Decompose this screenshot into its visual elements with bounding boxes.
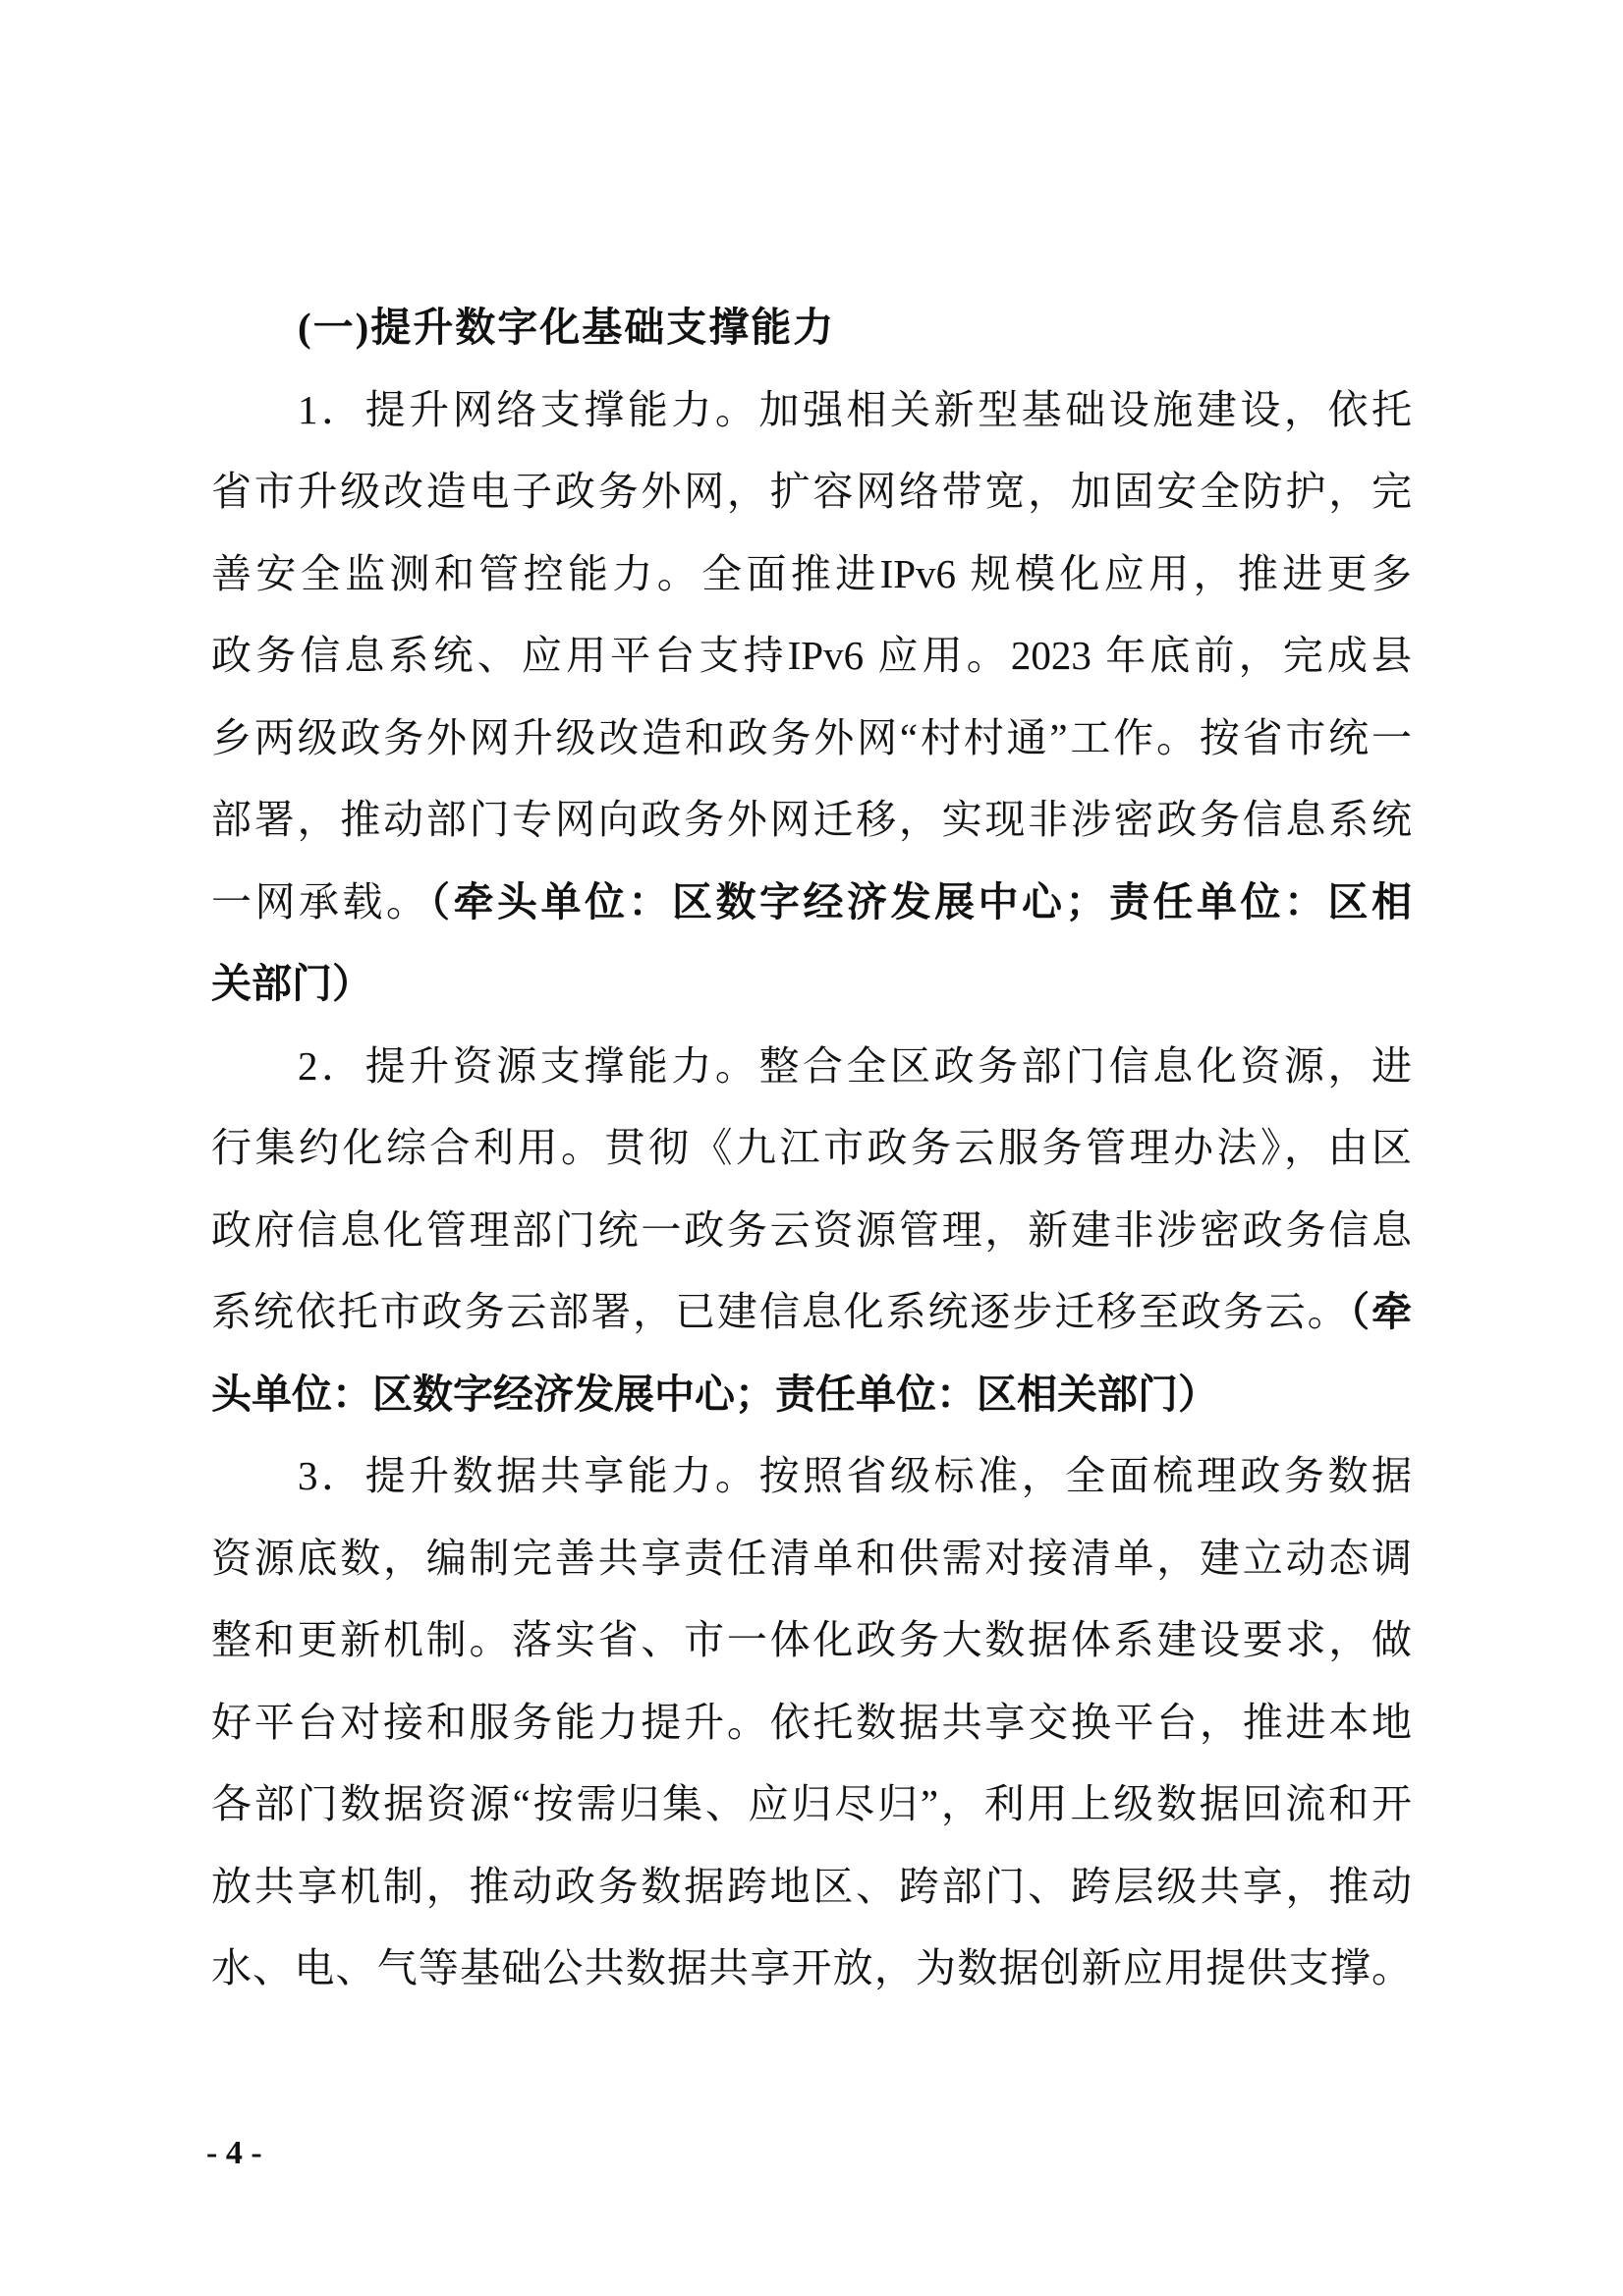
paragraph-line: 省市升级改造电子政务外网，扩容网络带宽，加固安全防护，完 xyxy=(211,451,1412,533)
responsibility-note: （牵头单位：区数字经济发展中心；责任单位：区相 xyxy=(430,879,1413,924)
paragraph-line: 2．提升资源支撑能力。整合全区政务部门信息化资源，进 xyxy=(211,1026,1412,1108)
body-text: 各部门数据资源“按需归集、应归尽归”，利用上级数据回流和开 xyxy=(211,1781,1412,1826)
responsibility-note: 头单位：区数字经济发展中心；责任单位：区相关部门） xyxy=(211,1372,1218,1417)
paragraph-line: 各部门数据资源“按需归集、应归尽归”，利用上级数据回流和开 xyxy=(211,1764,1412,1846)
body-text: 放共享机制，推动政务数据跨地区、跨部门、跨层级共享，推动 xyxy=(211,1864,1412,1909)
body-text: 资源底数，编制完善共享责任清单和供需对接清单，建立动态调 xyxy=(211,1536,1412,1581)
body-text: 行集约化综合利用。贯彻《九江市政务云服务管理办法》，由区 xyxy=(211,1125,1412,1170)
paragraph-line: 好平台对接和服务能力提升。依托数据共享交换平台，推进本地 xyxy=(211,1682,1412,1764)
body-text: 1．提升网络支撑能力。加强相关新型基础设施建设，依托 xyxy=(298,387,1412,432)
body-text: 部署，推动部门专网向政务外网迁移，实现非涉密政务信息系统 xyxy=(211,797,1412,842)
paragraph-line: 整和更新机制。落实省、市一体化政务大数据体系建设要求，做 xyxy=(211,1599,1412,1682)
paragraph-line: 部署，推动部门专网向政务外网迁移，实现非涉密政务信息系统 xyxy=(211,779,1412,862)
paragraph-line: 行集约化综合利用。贯彻《九江市政务云服务管理办法》，由区 xyxy=(211,1107,1412,1190)
document-page: (一)提升数字化基础支撑能力 1．提升网络支撑能力。加强相关新型基础设施建设，依… xyxy=(0,0,1623,2296)
body-text: 一网承载。 xyxy=(211,879,430,924)
paragraph-line: 头单位：区数字经济发展中心；责任单位：区相关部门） xyxy=(211,1354,1412,1436)
body-text: 政府信息化管理部门统一政务云资源管理，新建非涉密政务信息 xyxy=(211,1207,1412,1253)
body-text: 系统依托市政务云部署，已建信息化系统逐步迁移至政务云。 xyxy=(211,1289,1350,1334)
paragraph-line: 水、电、气等基础公共数据共享开放，为数据创新应用提供支撑。 xyxy=(211,1928,1412,2010)
paragraph-line: 政府信息化管理部门统一政务云资源管理，新建非涉密政务信息 xyxy=(211,1190,1412,1272)
body-text: 乡两级政务外网升级改造和政务外网“村村通”工作。按省市统一 xyxy=(211,715,1412,760)
body-text: 好平台对接和服务能力提升。依托数据共享交换平台，推进本地 xyxy=(211,1700,1412,1745)
paragraph-line: 乡两级政务外网升级改造和政务外网“村村通”工作。按省市统一 xyxy=(211,698,1412,780)
paragraph-line: 一网承载。（牵头单位：区数字经济发展中心；责任单位：区相 xyxy=(211,862,1412,944)
body-text: 整和更新机制。落实省、市一体化政务大数据体系建设要求，做 xyxy=(211,1617,1412,1662)
body-text: 省市升级改造电子政务外网，扩容网络带宽，加固安全防护，完 xyxy=(211,469,1412,514)
paragraph-line: 善安全监测和管控能力。全面推进IPv6 规模化应用，推进更多 xyxy=(211,533,1412,616)
responsibility-note: （牵 xyxy=(1350,1289,1412,1334)
body-text: 水、电、气等基础公共数据共享开放，为数据创新应用提供支撑。 xyxy=(211,1945,1412,1990)
paragraph-line: 系统依托市政务云部署，已建信息化系统逐步迁移至政务云。（牵 xyxy=(211,1271,1412,1354)
paragraph-line: 3．提升数据共享能力。按照省级标准，全面梳理政务数据 xyxy=(211,1435,1412,1518)
paragraph-line: 关部门） xyxy=(211,943,1412,1026)
body-text: 2．提升资源支撑能力。整合全区政务部门信息化资源，进 xyxy=(298,1043,1412,1089)
paragraph-lines: 1．提升网络支撑能力。加强相关新型基础设施建设，依托省市升级改造电子政务外网，扩… xyxy=(211,369,1412,2010)
section-heading: (一)提升数字化基础支撑能力 xyxy=(211,287,1412,369)
paragraph-line: 政务信息系统、应用平台支持IPv6 应用。2023 年底前，完成县 xyxy=(211,615,1412,698)
paragraph-line: 1．提升网络支撑能力。加强相关新型基础设施建设，依托 xyxy=(211,369,1412,452)
body-text: 3．提升数据共享能力。按照省级标准，全面梳理政务数据 xyxy=(298,1453,1412,1498)
paragraph-line: 放共享机制，推动政务数据跨地区、跨部门、跨层级共享，推动 xyxy=(211,1846,1412,1929)
page-number: - 4 - xyxy=(206,2132,262,2175)
paragraph-line: 资源底数，编制完善共享责任清单和供需对接清单，建立动态调 xyxy=(211,1518,1412,1600)
document-body: (一)提升数字化基础支撑能力 1．提升网络支撑能力。加强相关新型基础设施建设，依… xyxy=(211,287,1412,2010)
responsibility-note: 关部门） xyxy=(211,961,372,1006)
body-text: 善安全监测和管控能力。全面推进IPv6 规模化应用，推进更多 xyxy=(211,551,1412,596)
body-text: 政务信息系统、应用平台支持IPv6 应用。2023 年底前，完成县 xyxy=(211,633,1412,678)
